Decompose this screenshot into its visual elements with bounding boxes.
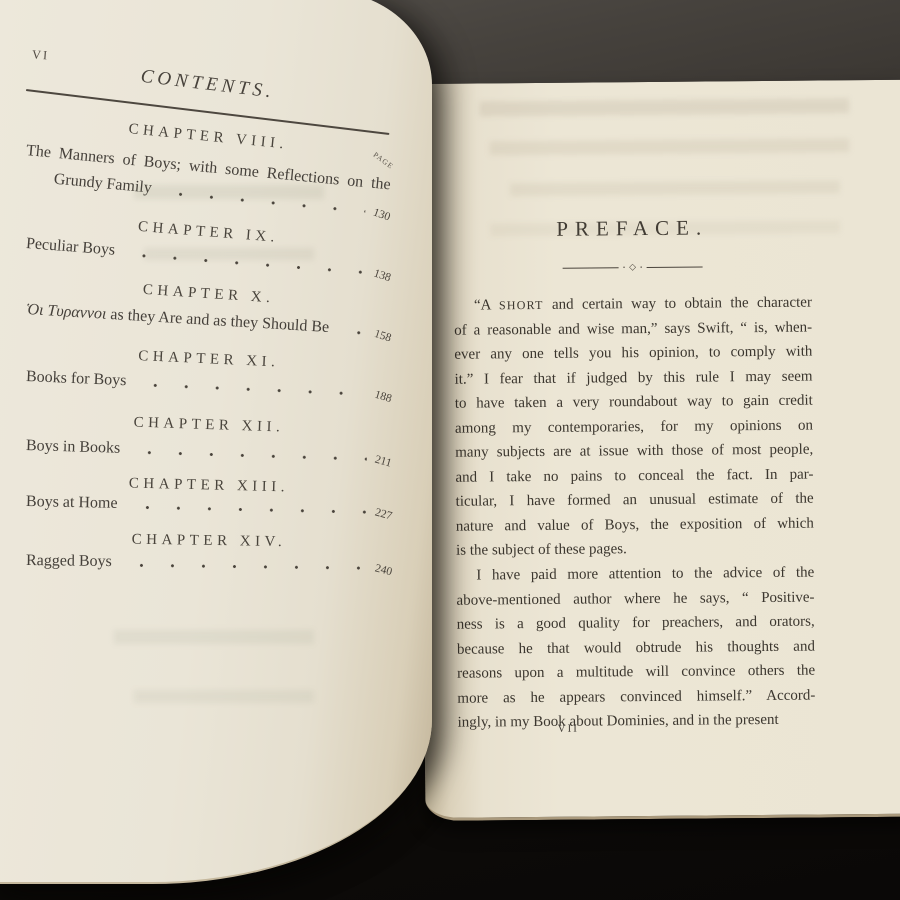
preface-line: “A SHORT and certain way to obtain the c… (454, 291, 812, 319)
toc-entry-title: Peculiar Boys (25, 235, 115, 260)
dot-leader (127, 253, 366, 275)
toc-entry-title: as they Are and as they Should Be (110, 306, 330, 336)
preface-text: “A (474, 297, 499, 313)
ghost-smudge (114, 630, 314, 644)
ghost-smudge (479, 98, 849, 116)
toc-entry-title: Boys in Books (26, 437, 121, 458)
preface-smallcaps: SHORT (499, 298, 544, 312)
preface-page: PREFACE. • ◇ • “A SHORT and certain way … (419, 80, 900, 821)
preface-line: more as he appears convinced himself.” A… (457, 683, 815, 711)
toc-entry-title: Boys at Home (26, 493, 118, 513)
contents-title: CONTENTS. (25, 52, 391, 117)
toc-entry-title: Books for Boys (26, 368, 127, 390)
dot-leader (138, 383, 366, 397)
toc-chapter-heading: CHAPTER XIV. (26, 530, 392, 553)
ghost-smudge (510, 180, 840, 196)
divider-line (646, 266, 702, 268)
toc-page-number: 158 (372, 328, 392, 345)
preface-line: nature and value of Boys, the exposition… (456, 511, 814, 539)
toc-page-number: 211 (374, 454, 393, 470)
dot-leader (163, 191, 365, 214)
preface-folio: VII (558, 723, 579, 735)
toc-entry-title: Ragged Boys (26, 552, 112, 571)
preface-line: ness is a good quality for preachers, an… (457, 610, 815, 638)
dot-leader (129, 505, 366, 514)
toc-entry: Boys in Books 211 (26, 437, 392, 466)
toc-page-number: 240 (373, 562, 393, 578)
preface-divider: • ◇ • (454, 262, 812, 274)
preface-line: among my contemporaries, for my opinions… (455, 413, 813, 441)
divider-dot-icon: • (640, 265, 642, 271)
preface-line: and I take no pains to conceal the fact.… (455, 462, 813, 490)
dot-leader (341, 330, 366, 335)
preface-line: of a reasonable and wise man,” says Swif… (454, 315, 812, 343)
preface-line: ever any one tells you his opinion, to c… (454, 340, 812, 368)
preface-text: and certain way to obtain the character (544, 295, 812, 313)
preface-line: ticular, I have formed an unusual estima… (456, 487, 814, 515)
toc-page-number: 130 (371, 206, 391, 223)
preface-line: many subjects are at issue with those of… (455, 438, 813, 466)
preface-line: above-mentioned author where he says, “ … (456, 585, 814, 613)
preface-line: ingly, in my Book about Dominies, and in… (457, 708, 815, 736)
divider-line (563, 267, 619, 269)
contents-page: VI CONTENTS. PAGE CHAPTER VIII. The Mann… (0, 0, 432, 884)
ghost-smudge (490, 138, 850, 155)
dot-leader (132, 450, 367, 461)
preface-line: reasons upon a multitude will convince o… (457, 659, 815, 687)
preface-title: PREFACE. (453, 215, 811, 243)
dot-leader (124, 563, 367, 570)
toc-entry: Ragged Boys 240 (26, 552, 392, 574)
toc-entry-greek: Ὁι Τυραννοι (26, 301, 107, 323)
preface-line: it.” I fear that if judged by this rule … (454, 364, 812, 392)
divider-diamond-icon: ◇ (629, 263, 636, 272)
ghost-smudge (134, 690, 314, 703)
book-photo: VI CONTENTS. PAGE CHAPTER VIII. The Mann… (0, 0, 900, 900)
divider-dot-icon: • (623, 265, 625, 271)
toc-page-number: 188 (373, 389, 393, 405)
toc-page-number: 138 (372, 267, 392, 284)
preface-line: because he that would obtrude his though… (457, 634, 815, 662)
preface-line: to have taken a very roundabout way to g… (455, 389, 813, 417)
preface-line: is the subject of these pages. (456, 536, 814, 564)
preface-paragraph-1: “A SHORT and certain way to obtain the c… (454, 291, 814, 564)
preface-paragraph-2: I have paid more attention to the advice… (456, 561, 815, 736)
toc-chapter-heading: CHAPTER XII. (26, 411, 392, 440)
preface-line: I have paid more attention to the advice… (456, 561, 814, 589)
toc-page-number: 227 (373, 506, 393, 522)
